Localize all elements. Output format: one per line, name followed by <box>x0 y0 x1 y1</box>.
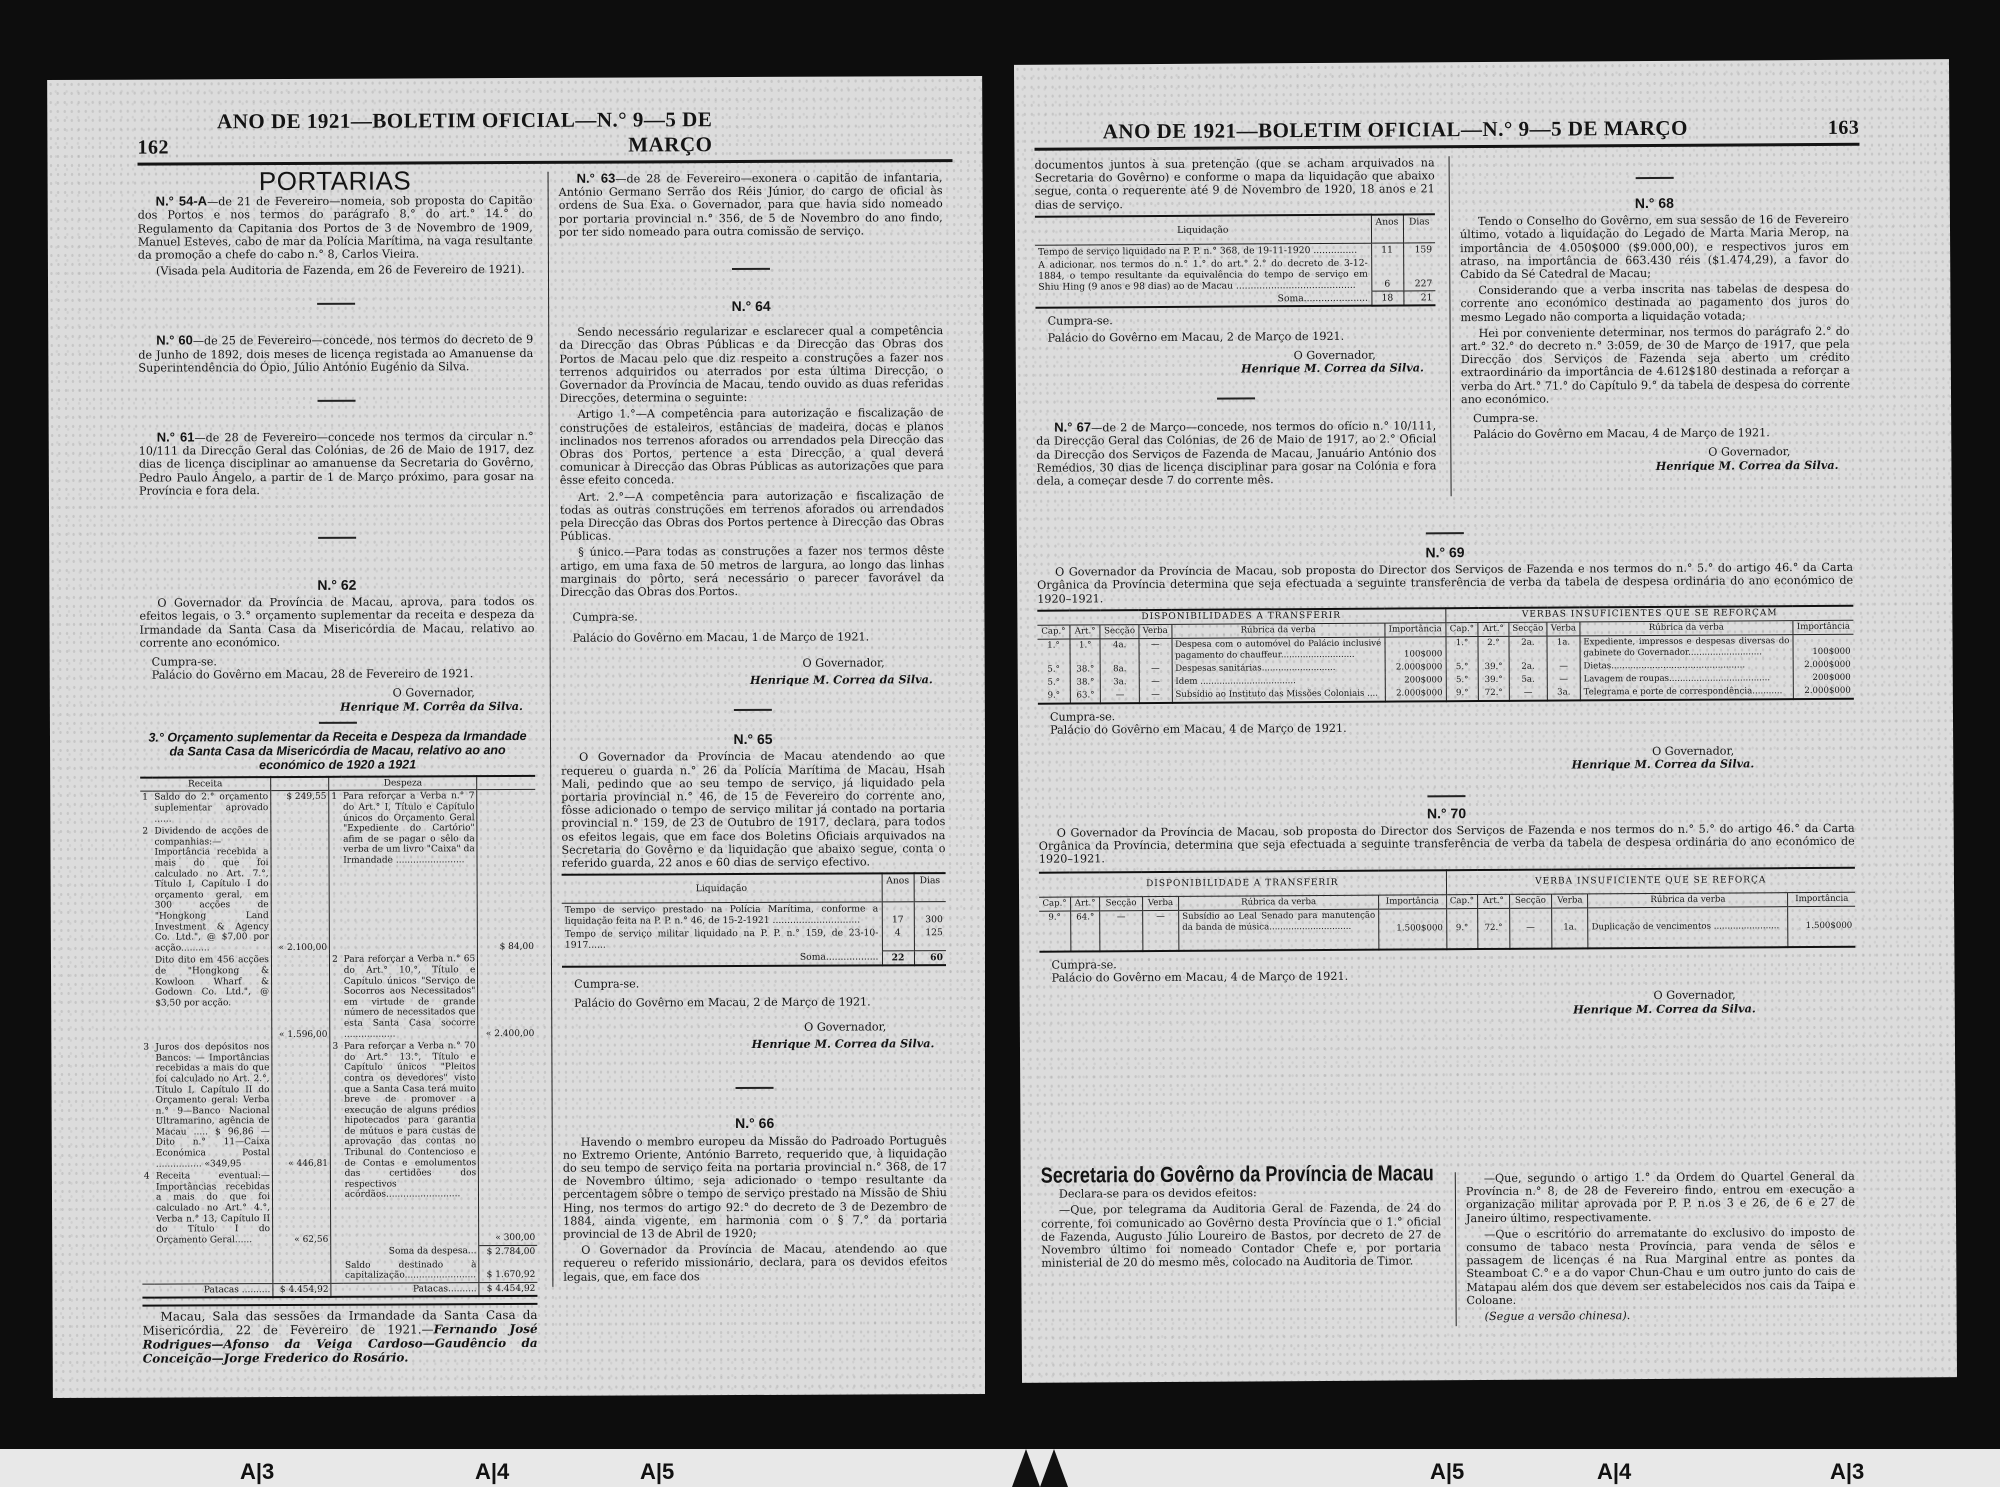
receita-value: « 62,56 <box>272 1170 331 1246</box>
right-column-1: documentos juntos à sua pretenção (que s… <box>1035 156 1437 491</box>
separator <box>736 1087 774 1089</box>
running-head-title: ANO DE 1921—BOLETIM OFICIAL—N.° 9—5 DE M… <box>1034 115 1828 145</box>
secretaria-intro: Declara-se para os devidos efeitos: <box>1041 1185 1441 1201</box>
portaria-68-para3: Hei por conveniente determinar, nos term… <box>1461 325 1850 407</box>
portaria-65-text: O Governador da Província de Macau atend… <box>561 749 946 870</box>
portaria-69-heading: N.° 69 <box>1037 544 1853 562</box>
running-head-right: ANO DE 1921—BOLETIM OFICIAL—N.° 9—5 DE M… <box>1034 112 1859 151</box>
palacio-date: Palácio do Govêrno em Macau, 2 de Março … <box>1048 329 1436 345</box>
portaria-62-text: O Governador da Província de Macau, apro… <box>139 595 534 650</box>
film-mark: A|4 <box>1597 1459 1631 1485</box>
cumpra-se: Cumpra-se. <box>1473 410 1850 426</box>
receita-item: Saldo do 2.° orçamento suplementar aprov… <box>152 791 271 826</box>
secretaria-item-1: —Que, por telegrama da Auditoria Geral d… <box>1041 1202 1441 1270</box>
separator <box>317 303 355 305</box>
soma-label: Soma.................. <box>562 951 882 967</box>
portaria-70-heading: N.° 70 <box>1039 804 1855 822</box>
transfer-table-70: DISPONIBILIDADE A TRANSFERIR VERBA INSUF… <box>1039 867 1855 952</box>
orcamento-title: 3.° Orçamento suplementar da Receita e D… <box>140 729 535 773</box>
governador-signature: Henrique M. Correa da Silva. <box>561 673 945 688</box>
film-mark: A|3 <box>1830 1459 1864 1485</box>
film-arrow-left-icon <box>1012 1449 1040 1487</box>
film-mark: A|3 <box>240 1459 274 1485</box>
portaria-70-text: O Governador da Província de Macau, sob … <box>1039 822 1855 867</box>
governador-signature: Henrique M. Correa da Silva. <box>1036 361 1436 377</box>
receita-item: Dividendo de acções de companhias:—Impor… <box>152 825 271 955</box>
despeza-value: « 300,00 <box>478 1040 537 1246</box>
separator <box>1427 795 1465 797</box>
palacio-date: Palácio do Govêrno em Macau, 1 de Março … <box>573 631 945 646</box>
section-title-portarias: PORTARIAS <box>138 174 533 189</box>
liquidacao-row: A adicionar, nos termos do n.° 1.° do ar… <box>1035 257 1371 294</box>
despeza-item: Para reforçar a Verba n.° 70 do Art.° 13… <box>342 1040 479 1246</box>
liquidacao-row: Tempo de serviço prestado na Polícia Mar… <box>562 902 882 928</box>
portaria-68-para1: Tendo o Conselho do Govêrno, em sua sess… <box>1460 213 1849 281</box>
separator <box>1217 398 1255 400</box>
soma-label: Soma...................... <box>1035 292 1371 309</box>
receita-item: Dito dito em 456 acções de "Hongkong & K… <box>153 954 272 1041</box>
governador-label: O Governador, <box>561 656 945 671</box>
secretaria-left: Secretaria do Govêrno da Província de Ma… <box>1041 1162 1442 1273</box>
secretaria-right: —Que, segundo o artigo 1.° da Ordem do Q… <box>1455 1170 1856 1327</box>
right-column-2: N.° 68 Tendo o Conselho do Govêrno, em s… <box>1449 154 1851 496</box>
governador-signature: Henrique M. Correa da Silva. <box>562 1037 946 1052</box>
page-162: 162 ANO DE 1921—BOLETIM OFICIAL—N.° 9—5 … <box>47 76 988 1398</box>
portaria-68-heading: N.° 68 <box>1460 196 1849 212</box>
portaria-61: N.° 61—de 28 de Fevereiro—concede nos te… <box>139 429 534 498</box>
portaria-54a: N.° 54-A—de 21 de Fevereiro—nomeia, sob … <box>138 193 533 262</box>
film-mark: A|4 <box>475 1459 509 1485</box>
cumpra-se: Cumpra-se. <box>574 976 946 991</box>
governador-signature: Henrique M. Correa da Silva. <box>1461 458 1850 474</box>
film-mark: A|5 <box>640 1459 674 1485</box>
disponibilidade-title: DISPONIBILIDADE A TRANSFERIR <box>1039 871 1446 898</box>
book-gutter <box>985 40 1018 1410</box>
orcamento-table: Receita Despeza 1 Saldo do 2.° orçamento… <box>140 775 537 1299</box>
despeza-item: Para reforçar a Verba n.° 65 do Art.° 10… <box>342 954 478 1041</box>
page-number-right: 163 <box>1828 117 1860 140</box>
portaria-66-continued: documentos juntos à sua pretenção (que s… <box>1035 156 1435 211</box>
left-column-2: N.° 63—de 28 de Fevereiro—exonera o capi… <box>548 170 948 1287</box>
secretaria-note: (Segue a versão chinesa). <box>1467 1308 1856 1324</box>
portaria-54a-note: (Visada pela Auditoria de Fazenda, em 26… <box>138 263 533 278</box>
page-number-left: 162 <box>137 137 169 160</box>
despeza-item: Para reforçar a Verba n.° 7 do Art.° I, … <box>341 790 478 954</box>
portaria-66-text1: Havendo o membro europeu da Missão do Pa… <box>563 1134 947 1241</box>
separator <box>732 268 770 270</box>
portaria-64-unico: § único.—Para todas as construções a faz… <box>560 545 944 599</box>
film-arrow-right-icon <box>1040 1449 1068 1487</box>
palacio-date: Palácio do Govêrno em Macau, 2 de Março … <box>574 995 946 1010</box>
portaria-62-heading: N.° 62 <box>139 578 534 593</box>
film-mark: A|5 <box>1430 1459 1464 1485</box>
separator <box>318 537 356 539</box>
portaria-66-heading: N.° 66 <box>563 1117 947 1132</box>
receita-item: Juros dos depósitos nos Bancos: — Import… <box>153 1041 272 1171</box>
page-163: ANO DE 1921—BOLETIM OFICIAL—N.° 9—5 DE M… <box>1014 59 1957 1383</box>
despeza-value: « 2.400,00 <box>478 953 537 1040</box>
saldo-value: $ 1.670,92 <box>479 1258 537 1282</box>
portaria-69: N.° 69 O Governador da Província de Maca… <box>1037 530 1856 1020</box>
portaria-64-art1: Artigo 1.°—A competência para autorizaçã… <box>560 407 944 488</box>
receita-total-value: $ 4.454,92 <box>273 1283 331 1297</box>
separator <box>1426 532 1464 534</box>
receita-value: « 446,81 <box>272 1041 331 1170</box>
orcamento-closing: Macau, Sala das sessões da Irmandade da … <box>142 1303 537 1366</box>
portaria-60: N.° 60—de 25 de Fevereiro—concede, nos t… <box>138 332 533 374</box>
receita-value: « 2.100,00 <box>271 825 330 954</box>
portaria-67: N.° 67—de 2 de Março—concede, nos termos… <box>1036 418 1436 487</box>
transfer-table-69: DISPONIBILIDADES A TRANSFERIR VERBAS INS… <box>1037 605 1854 705</box>
secretaria-item-2: —Que, segundo o artigo 1.° da Ordem do Q… <box>1466 1170 1855 1225</box>
saldo-label: Saldo destinado à capitalização.........… <box>343 1259 479 1283</box>
receita-header: Receita <box>140 777 271 792</box>
secretaria-item-3: —Que o escritório do arrematante do excl… <box>1466 1226 1855 1308</box>
palacio-date: Palácio do Govêrno em Macau, 28 de Fever… <box>152 667 535 682</box>
portaria-63: N.° 63—de 28 de Fevereiro—exonera o capi… <box>559 170 943 239</box>
separator <box>1635 177 1673 179</box>
soma-despesa-label: Soma da despesa... <box>343 1246 479 1260</box>
left-column-1: PORTARIAS N.° 54-A—de 21 de Fevereiro—no… <box>138 172 538 1369</box>
despeza-header: Despeza <box>329 776 477 791</box>
liquidacao-table-66: Liquidação Anos Dias Tempo de serviço li… <box>1035 213 1436 309</box>
liquidacao-row: Tempo de serviço militar liquidado na P.… <box>562 927 882 952</box>
soma-despesa-value: $ 2.784,00 <box>479 1245 537 1258</box>
cumpra-se: Cumpra-se. <box>1048 313 1436 329</box>
liquidacao-table-65: Liquidação Anos Dias Tempo de serviço pr… <box>562 872 946 967</box>
cumpra-se: Cumpra-se. <box>572 609 944 624</box>
portaria-68-para2: Considerando que a verba inscrita nas ta… <box>1460 282 1849 324</box>
portaria-64-heading: N.° 64 <box>559 299 943 314</box>
receita-value: $ 249,55 <box>271 791 329 826</box>
portaria-69-text: O Governador da Província de Macau, sob … <box>1037 561 1853 606</box>
film-edge-strip: A|3 A|4 A|5 A|5 A|4 A|3 <box>0 1449 2000 1487</box>
despeza-value: $ 84,00 <box>477 790 536 954</box>
governador-label: O Governador, <box>562 1020 946 1035</box>
verba-insuficiente-title: VERBA INSUFICIENTE QUE SE REFORÇA <box>1446 868 1855 895</box>
separator <box>734 709 772 711</box>
receita-item: Receita eventual:—Importâncias recebidas… <box>154 1170 273 1247</box>
running-head-title: ANO DE 1921—BOLETIM OFICIAL—N.° 9—5 DE M… <box>169 106 953 159</box>
transfer-row: 9.° 64.° — — Subsídio ao Leal Senado par… <box>1039 907 1855 952</box>
portaria-66-text2: O Governador da Província de Macau, aten… <box>563 1242 947 1283</box>
secretaria-title: Secretaria do Govêrno da Província de Ma… <box>1041 1167 1369 1182</box>
palacio-date: Palácio do Govêrno em Macau, 4 de Março … <box>1473 426 1850 442</box>
running-head-left: 162 ANO DE 1921—BOLETIM OFICIAL—N.° 9—5 … <box>137 128 952 166</box>
separator <box>318 722 356 724</box>
receita-total-label: Patacas .......... <box>154 1283 272 1298</box>
portaria-64-art2: Art. 2.°—A competência para autorização … <box>560 489 944 543</box>
separator <box>317 400 355 402</box>
despeza-total-label: Patacas.......... <box>343 1282 479 1297</box>
portaria-65-heading: N.° 65 <box>561 732 945 747</box>
governador-signature: Henrique M. Corrêa da Silva. <box>140 700 535 715</box>
microfilm-scan: 162 ANO DE 1921—BOLETIM OFICIAL—N.° 9—5 … <box>0 0 2000 1487</box>
portaria-64-intro: Sendo necessário regularizar e esclarece… <box>559 324 943 405</box>
despeza-total-value: $ 4.454,92 <box>479 1282 537 1296</box>
receita-value: « 1.596,00 <box>271 954 330 1041</box>
